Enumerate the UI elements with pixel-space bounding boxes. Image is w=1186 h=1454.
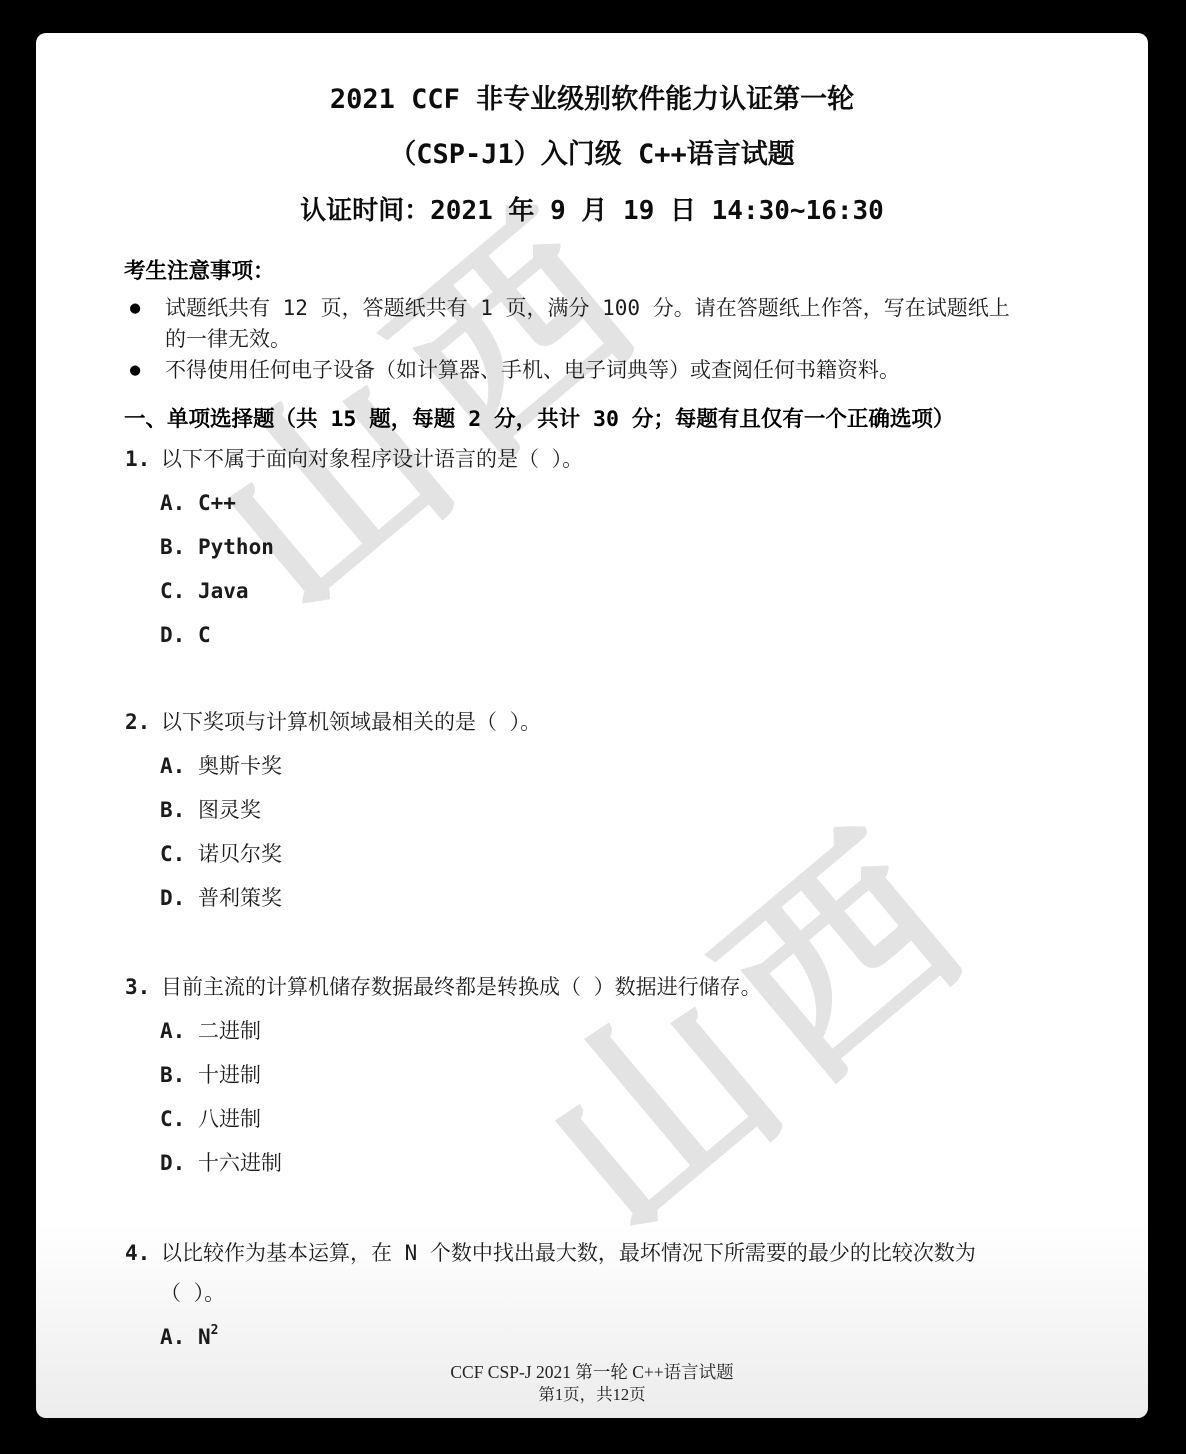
option-d: D. 十六进制	[160, 1148, 1148, 1178]
footer-title: CCF CSP-J 2021 第一轮 C++语言试题	[36, 1361, 1148, 1384]
option-base: N	[198, 1325, 211, 1349]
option-text: 奥斯卡奖	[198, 751, 282, 781]
screenshot-root: { "doc": { "title_line1": "2021 CCF 非专业级…	[0, 0, 1186, 1454]
notice-item: ● 试题纸共有 12 页，答题纸共有 1 页，满分 100 分。请在答题纸上作答…	[130, 293, 1030, 355]
option-label: B.	[160, 795, 198, 825]
option-label: A.	[160, 1322, 198, 1352]
question-number: 4.	[125, 1238, 161, 1268]
option-b: B. 十进制	[160, 1060, 1148, 1090]
option-text: 二进制	[198, 1016, 261, 1046]
question-text-continued: （ ）。	[160, 1278, 1148, 1308]
option-text: N2	[198, 1322, 218, 1352]
option-a: A. 二进制	[160, 1016, 1148, 1046]
page-title-line2: （CSP-J1）入门级 C++语言试题	[36, 137, 1148, 173]
option-d: D. C	[160, 620, 1148, 650]
option-label: B.	[160, 1060, 198, 1090]
option-text: Python	[198, 532, 274, 562]
option-label: B.	[160, 532, 198, 562]
notice-item: ● 不得使用任何电子设备（如计算器、手机、电子词典等）或查阅任何书籍资料。	[130, 355, 1030, 386]
option-text: 十六进制	[198, 1148, 282, 1178]
notice-heading: 考生注意事项：	[124, 257, 1148, 287]
option-label: A.	[160, 1016, 198, 1046]
option-a: A. C++	[160, 488, 1148, 518]
question-1: 1. 以下不属于面向对象程序设计语言的是（ ）。 A. C++ B. Pytho…	[125, 444, 1148, 650]
option-label: A.	[160, 488, 198, 518]
page-footer: CCF CSP-J 2021 第一轮 C++语言试题 第1页，共12页	[36, 1361, 1148, 1405]
option-c: C. Java	[160, 576, 1148, 606]
notice-item-text: 试题纸共有 12 页，答题纸共有 1 页，满分 100 分。请在答题纸上作答，写…	[165, 293, 1030, 355]
option-text: 普利策奖	[198, 883, 282, 913]
bullet-icon: ●	[130, 293, 165, 355]
options-list: A. 奥斯卡奖 B. 图灵奖 C. 诺贝尔奖 D. 普利策奖	[125, 751, 1148, 913]
question-text: 以下奖项与计算机领域最相关的是（ ）。	[161, 707, 1148, 737]
notice-list: ● 试题纸共有 12 页，答题纸共有 1 页，满分 100 分。请在答题纸上作答…	[36, 293, 1148, 386]
option-exponent: 2	[211, 1323, 219, 1338]
options-list: A. C++ B. Python C. Java D. C	[125, 488, 1148, 650]
question-4: 4. 以比较作为基本运算，在 N 个数中找出最大数，最坏情况下所需要的最少的比较…	[125, 1238, 1148, 1352]
notice-item-text: 不得使用任何电子设备（如计算器、手机、电子词典等）或查阅任何书籍资料。	[165, 355, 1030, 386]
option-label: A.	[160, 751, 198, 781]
option-d: D. 普利策奖	[160, 883, 1148, 913]
option-c: C. 八进制	[160, 1104, 1148, 1134]
footer-page-number: 第1页，共12页	[36, 1384, 1148, 1405]
exam-paper-page: 山西 山西 2021 CCF 非专业级别软件能力认证第一轮 （CSP-J1）入门…	[36, 33, 1148, 1418]
page-title-line1: 2021 CCF 非专业级别软件能力认证第一轮	[36, 82, 1148, 118]
options-list: A. N2	[125, 1322, 1148, 1352]
question-number: 3.	[125, 972, 161, 1002]
option-c: C. 诺贝尔奖	[160, 839, 1148, 869]
question-text: 以下不属于面向对象程序设计语言的是（ ）。	[161, 444, 1148, 474]
exam-time-line: 认证时间：2021 年 9 月 19 日 14:30~16:30	[36, 194, 1148, 228]
option-b: B. Python	[160, 532, 1148, 562]
question-3: 3. 目前主流的计算机储存数据最终都是转换成（ ）数据进行储存。 A. 二进制 …	[125, 972, 1148, 1178]
option-text: C++	[198, 488, 236, 518]
option-label: C.	[160, 576, 198, 606]
option-label: D.	[160, 1148, 198, 1178]
option-b: B. 图灵奖	[160, 795, 1148, 825]
option-a: A. 奥斯卡奖	[160, 751, 1148, 781]
option-text: C	[198, 620, 211, 650]
option-a: A. N2	[160, 1322, 1148, 1352]
bullet-icon: ●	[130, 355, 165, 386]
option-text: 图灵奖	[198, 795, 261, 825]
question-text: 以比较作为基本运算，在 N 个数中找出最大数，最坏情况下所需要的最少的比较次数为	[161, 1238, 1148, 1268]
option-text: 诺贝尔奖	[198, 839, 282, 869]
question-text: 目前主流的计算机储存数据最终都是转换成（ ）数据进行储存。	[161, 972, 1148, 1002]
question-2: 2. 以下奖项与计算机领域最相关的是（ ）。 A. 奥斯卡奖 B. 图灵奖 C.…	[125, 707, 1148, 913]
option-text: 十进制	[198, 1060, 261, 1090]
option-text: 八进制	[198, 1104, 261, 1134]
option-label: D.	[160, 883, 198, 913]
option-label: C.	[160, 839, 198, 869]
option-label: C.	[160, 1104, 198, 1134]
question-number: 1.	[125, 444, 161, 474]
document-content: 2021 CCF 非专业级别软件能力认证第一轮 （CSP-J1）入门级 C++语…	[36, 82, 1148, 1352]
section-heading: 一、单项选择题（共 15 题，每题 2 分，共计 30 分；每题有且仅有一个正确…	[124, 405, 1148, 435]
options-list: A. 二进制 B. 十进制 C. 八进制 D. 十六进制	[125, 1016, 1148, 1178]
question-number: 2.	[125, 707, 161, 737]
option-label: D.	[160, 620, 198, 650]
option-text: Java	[198, 576, 249, 606]
